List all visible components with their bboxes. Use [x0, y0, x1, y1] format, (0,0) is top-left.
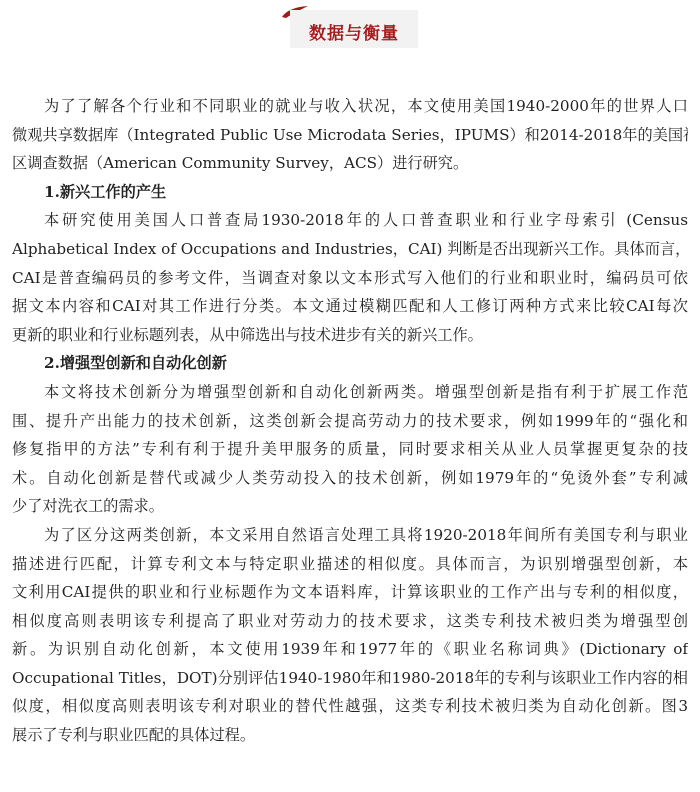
paragraph-emerging-work: 本研究使用美国人口普查局1930-2018年的人口普查职业和行业字母索引 (Ce… [12, 206, 688, 349]
subheading-emerging-work: 1.新兴工作的产生 [12, 178, 688, 207]
section-title: 数据与衡量 [290, 19, 418, 44]
paragraph-data-sources: 为了了解各个行业和不同职业的就业与收入状况，本文使用美国1940-2000年的世… [12, 92, 688, 178]
text-line: 更新的职业和行业标题列表，从中筛选出与技术进步有关的新兴工作。 [12, 321, 688, 350]
text-line: 文利用CAI提供的职业和行业标题作为文本语料库，计算该职业的工作产出与专利的相似… [12, 578, 688, 607]
text-line: 展示了专利与职业匹配的具体过程。 [12, 721, 688, 750]
text-line: Alphabetical Index of Occupations and In… [12, 235, 688, 264]
text-line: 微观共享数据库（Integrated Public Use Microdata … [12, 121, 688, 150]
text-line: 本文将技术创新分为增强型创新和自动化创新两类。增强型创新是指有利于扩展工作范 [12, 378, 688, 407]
text-line: 为了了解各个行业和不同职业的就业与收入状况，本文使用美国1940-2000年的世… [12, 92, 688, 121]
paragraph-innovation-types: 本文将技术创新分为增强型创新和自动化创新两类。增强型创新是指有利于扩展工作范 围… [12, 378, 688, 521]
section-header: 数据与衡量 [290, 10, 418, 48]
text-line: 新。为识别自动化创新，本文使用1939年和1977年的《职业名称词典》(Dict… [12, 635, 688, 664]
text-line: 少了对洗衣工的需求。 [12, 492, 688, 521]
text-line: Occupational Titles，DOT)分别评估1940-1980年和1… [12, 664, 688, 693]
article-body: 为了了解各个行业和不同职业的就业与收入状况，本文使用美国1940-2000年的世… [12, 92, 688, 750]
text-line: 描述进行匹配，计算专利文本与特定职业描述的相似度。具体而言，为识别增强型创新，本 [12, 550, 688, 579]
text-line: 似度，相似度高则表明该专利对职业的替代性越强，这类专利技术被归类为自动化创新。图… [12, 692, 688, 721]
text-line: CAI是普查编码员的参考文件，当调查对象以文本形式写入他们的行业和职业时，编码员… [12, 264, 688, 293]
text-line: 相似度高则表明该专利提高了职业对劳动力的技术要求，这类专利技术被归类为增强型创 [12, 607, 688, 636]
text-line: 围、提升产出能力的技术创新，这类创新会提高劳动力的技术要求，例如1999年的“强… [12, 407, 688, 436]
text-line: 术。自动化创新是替代或减少人类劳动投入的技术创新，例如1979年的“免烫外套”专… [12, 464, 688, 493]
text-line: 修复指甲的方法”专利有利于提升美甲服务的质量，同时要求相关从业人员掌握更复杂的技 [12, 435, 688, 464]
paragraph-matching-method: 为了区分这两类创新，本文采用自然语言处理工具将1920-2018年间所有美国专利… [12, 521, 688, 750]
text-line: 据文本内容和CAI对其工作进行分类。本文通过模糊匹配和人工修订两种方式来比较CA… [12, 292, 688, 321]
subheading-innovation-types: 2.增强型创新和自动化创新 [12, 349, 688, 378]
text-line: 为了区分这两类创新，本文采用自然语言处理工具将1920-2018年间所有美国专利… [12, 521, 688, 550]
text-line: 区调查数据（American Community Survey，ACS）进行研究… [12, 149, 688, 178]
text-line: 本研究使用美国人口普查局1930-2018年的人口普查职业和行业字母索引 (Ce… [12, 206, 688, 235]
